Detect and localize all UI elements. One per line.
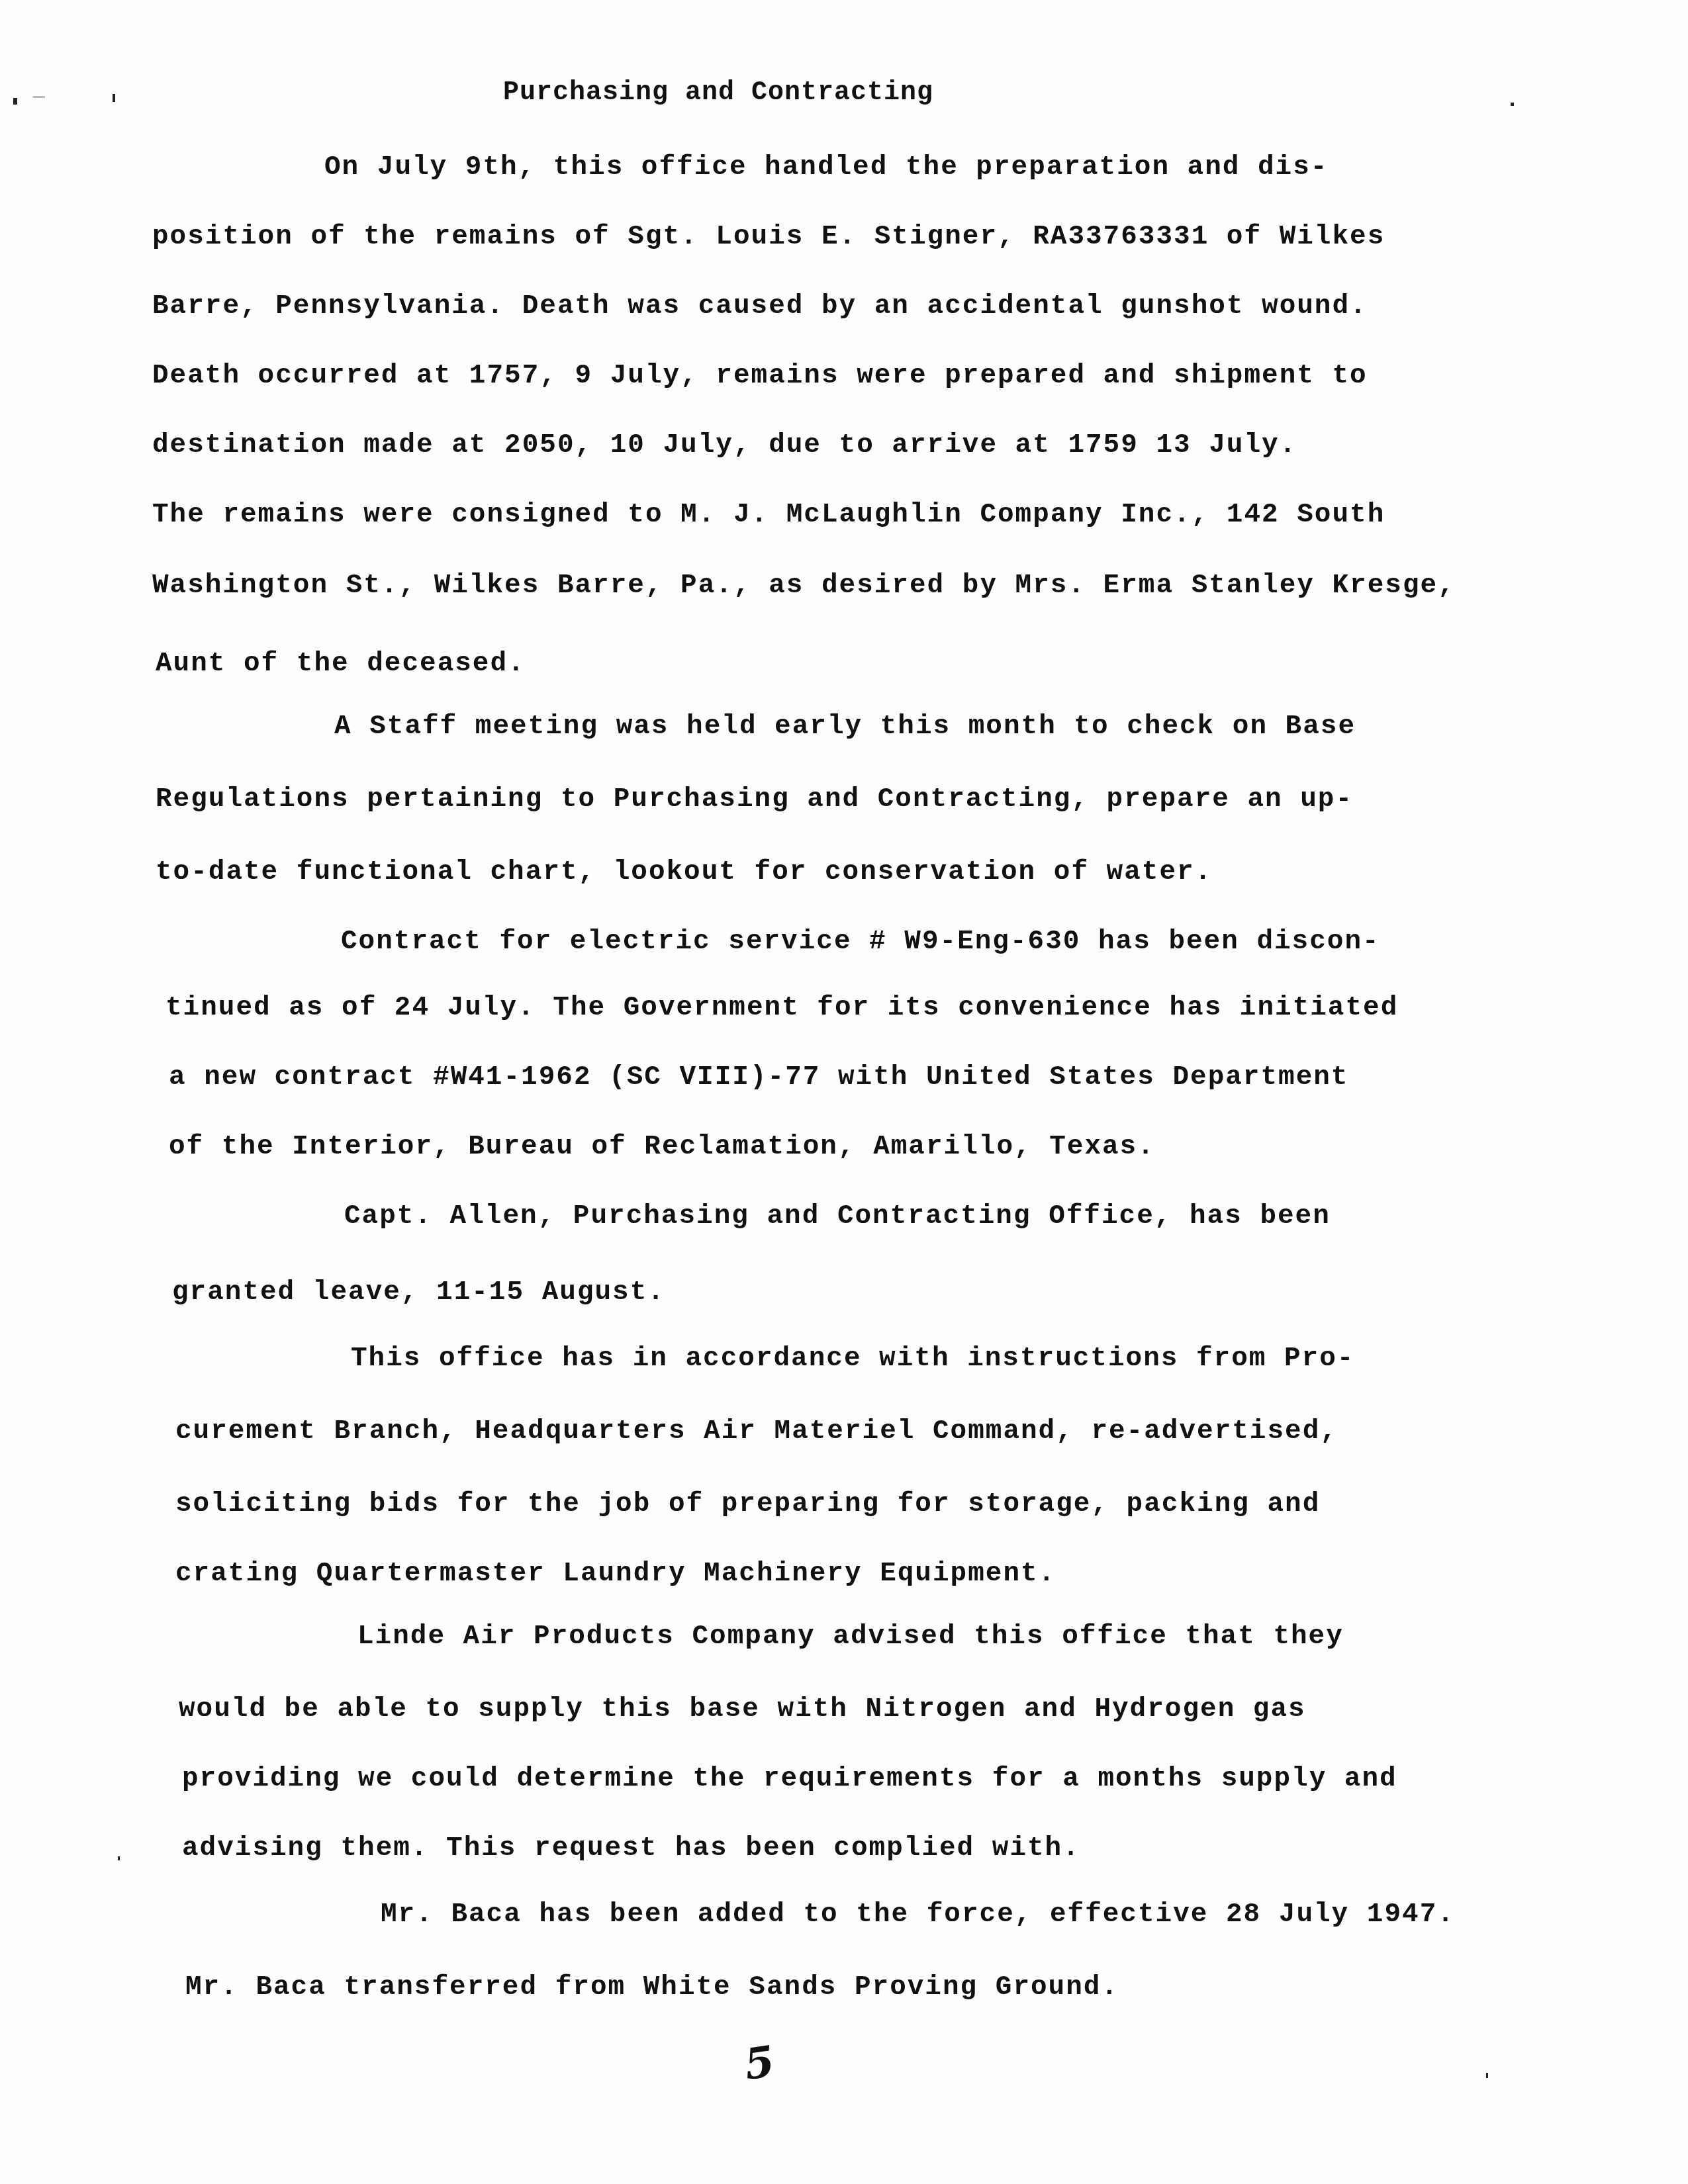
paragraph-3-line-3: a new contract #W41-1962 (SC VIII)-77 wi…: [169, 1062, 1348, 1093]
paragraph-5-line-1: This office has in accordance with instr…: [351, 1343, 1354, 1374]
paragraph-3-line-2: tinued as of 24 July. The Government for…: [165, 993, 1398, 1023]
paragraph-7-line-2: Mr. Baca transferred from White Sands Pr…: [185, 1972, 1119, 2003]
scan-speck: [33, 96, 45, 98]
paragraph-1-line-4: Death occurred at 1757, 9 July, remains …: [152, 361, 1368, 391]
scan-speck: [13, 98, 17, 105]
scan-speck: [1511, 103, 1514, 106]
paragraph-6-line-3: providing we could determine the require…: [182, 1764, 1397, 1794]
paragraph-4-line-2: granted leave, 11-15 August.: [172, 1277, 665, 1308]
paragraph-1-line-6: The remains were consigned to M. J. McLa…: [152, 500, 1385, 530]
page-title: Purchasing and Contracting: [503, 78, 933, 108]
paragraph-1-line-2: position of the remains of Sgt. Louis E.…: [152, 222, 1385, 252]
paragraph-3-line-1: Contract for electric service # W9-Eng-6…: [341, 927, 1380, 957]
page-number: 5: [741, 2036, 778, 2089]
paragraph-3-line-4: of the Interior, Bureau of Reclamation, …: [169, 1132, 1155, 1162]
paragraph-5-line-4: crating Quartermaster Laundry Machinery …: [175, 1559, 1056, 1589]
paragraph-2-line-2: Regulations pertaining to Purchasing and…: [156, 784, 1353, 815]
paragraph-6-line-2: would be able to supply this base with N…: [179, 1694, 1306, 1725]
paragraph-5-line-3: soliciting bids for the job of preparing…: [175, 1489, 1320, 1520]
paragraph-2-line-1: A Staff meeting was held early this mont…: [334, 711, 1356, 742]
paragraph-1-line-5: destination made at 2050, 10 July, due t…: [152, 430, 1297, 461]
scan-speck: [113, 94, 115, 102]
paragraph-1-line-3: Barre, Pennsylvania. Death was caused by…: [152, 291, 1368, 322]
paragraph-2-line-3: to-date functional chart, lookout for co…: [156, 857, 1212, 887]
paragraph-1-line-1: On July 9th, this office handled the pre…: [324, 152, 1328, 183]
scan-speck: [118, 1856, 120, 1860]
paragraph-7-line-1: Mr. Baca has been added to the force, ef…: [381, 1899, 1455, 1930]
paragraph-6-line-1: Linde Air Products Company advised this …: [357, 1621, 1344, 1652]
paragraph-6-line-4: advising them. This request has been com…: [182, 1833, 1080, 1864]
scan-speck: [1486, 2073, 1488, 2078]
paragraph-1-line-8: Aunt of the deceased.: [156, 649, 526, 679]
document-page: Purchasing and Contracting On July 9th, …: [0, 0, 1688, 2184]
paragraph-4-line-1: Capt. Allen, Purchasing and Contracting …: [344, 1201, 1331, 1232]
paragraph-5-line-2: curement Branch, Headquarters Air Materi…: [175, 1416, 1338, 1447]
paragraph-1-line-7: Washington St., Wilkes Barre, Pa., as de…: [152, 570, 1456, 601]
